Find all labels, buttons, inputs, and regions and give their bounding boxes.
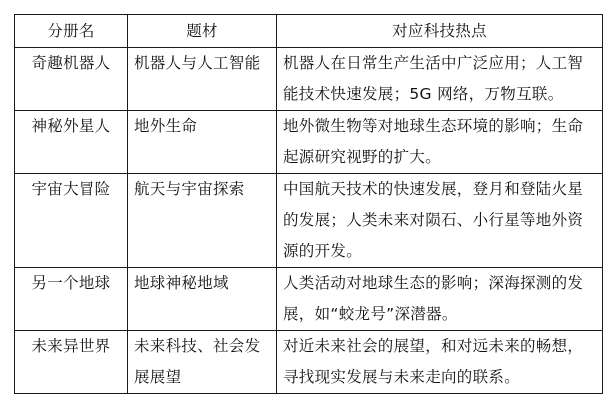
science-hotspot-table: 分册名 题材 对应科技热点 奇趣机器人 机器人与人工智能 机器人在日常生产生活中…: [14, 14, 603, 394]
table-row: 未来异世界 未来科技、社会发展展望 对近未来社会的展望，和对远未来的畅想，寻找现…: [15, 331, 603, 394]
hotspot-cell: 中国航天技术的快速发展，登月和登陆火星的发展；人类未来对陨石、小行星等地外资源的…: [277, 174, 603, 268]
table-header-row: 分册名 题材 对应科技热点: [15, 15, 603, 48]
hotspot-cell: 地外微生物等对地球生态环境的影响；生命起源研究视野的扩大。: [277, 111, 603, 174]
topic-cell: 未来科技、社会发展展望: [128, 331, 277, 394]
volume-name-cell: 另一个地球: [15, 268, 128, 331]
table-row: 奇趣机器人 机器人与人工智能 机器人在日常生产生活中广泛应用；人工智能技术快速发…: [15, 48, 603, 111]
table-row: 另一个地球 地球神秘地域 人类活动对地球生态的影响；深海探测的发展，如“蛟龙号”…: [15, 268, 603, 331]
volume-name-cell: 奇趣机器人: [15, 48, 128, 111]
hotspot-cell: 人类活动对地球生态的影响；深海探测的发展，如“蛟龙号”深潜器。: [277, 268, 603, 331]
hotspot-cell: 对近未来社会的展望，和对远未来的畅想，寻找现实发展与未来走向的联系。: [277, 331, 603, 394]
hotspot-cell: 机器人在日常生产生活中广泛应用；人工智能技术快速发展；5G 网络，万物互联。: [277, 48, 603, 111]
topic-cell: 地外生命: [128, 111, 277, 174]
header-topic: 题材: [128, 15, 277, 48]
header-tech-hotspot: 对应科技热点: [277, 15, 603, 48]
header-volume-name: 分册名: [15, 15, 128, 48]
volume-name-cell: 宇宙大冒险: [15, 174, 128, 268]
topic-cell: 地球神秘地域: [128, 268, 277, 331]
topic-cell: 机器人与人工智能: [128, 48, 277, 111]
topic-cell: 航天与宇宙探索: [128, 174, 277, 268]
table-row: 神秘外星人 地外生命 地外微生物等对地球生态环境的影响；生命起源研究视野的扩大。: [15, 111, 603, 174]
volume-name-cell: 未来异世界: [15, 331, 128, 394]
table-row: 宇宙大冒险 航天与宇宙探索 中国航天技术的快速发展，登月和登陆火星的发展；人类未…: [15, 174, 603, 268]
volume-name-cell: 神秘外星人: [15, 111, 128, 174]
